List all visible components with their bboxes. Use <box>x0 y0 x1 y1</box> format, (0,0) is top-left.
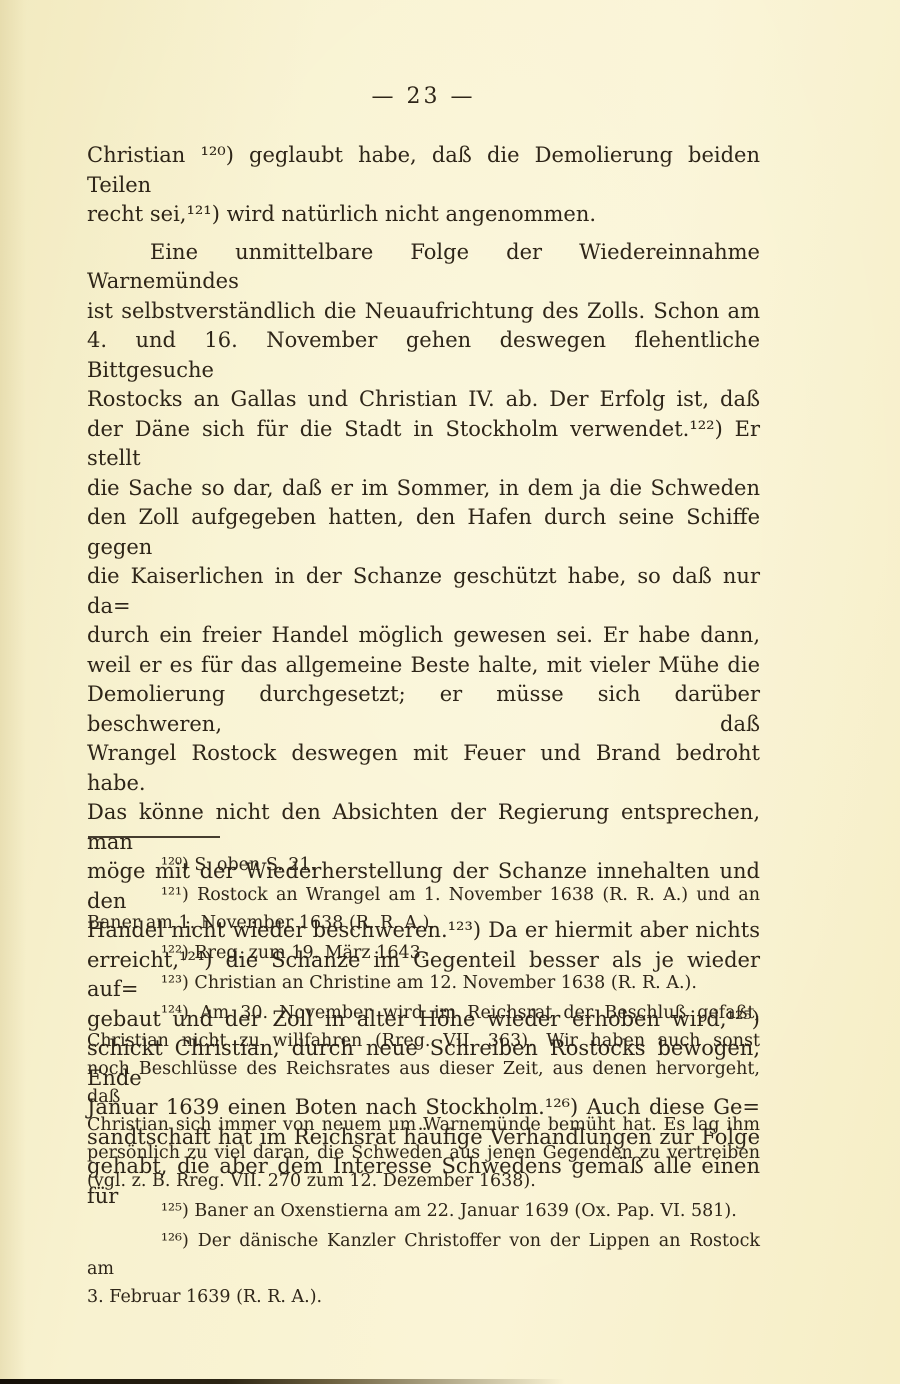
text-line: der Däne sich für die Stadt in Stockholm… <box>87 415 760 474</box>
text-line: ist selbstverständlich die Neuaufrichtun… <box>87 297 760 327</box>
text-line: Das könne nicht den Absichten der Regier… <box>87 798 760 857</box>
footnote-line: ¹²⁵) Baner an Oxenstierna am 22. Januar … <box>87 1197 760 1225</box>
footnote-line: ¹²⁶) Der dänische Kanzler Christoffer vo… <box>87 1227 760 1283</box>
footnote-line: Baner am 1. November 1638 (R. R. A.). <box>87 909 760 937</box>
text-line: Rostocks an Gallas und Christian IV. ab.… <box>87 385 760 415</box>
text-line: Wrangel Rostock deswegen mit Feuer und B… <box>87 739 760 798</box>
footnote-line: persönlich zu viel daran, die Schweden a… <box>87 1139 760 1167</box>
page-left-edge-tint <box>0 0 26 1384</box>
text-line: weil er es für das allgemeine Beste halt… <box>87 651 760 681</box>
footnote-line: ¹²⁴) Am 30. November wird im Reichsrat d… <box>87 999 760 1027</box>
book-page: — 23 — Christian ¹²⁰) geglaubt habe, daß… <box>0 0 900 1384</box>
text-line: Eine unmittelbare Folge der Wiedereinnah… <box>87 238 760 297</box>
text-line: Demolierung durchgesetzt; er müsse sich … <box>87 680 760 739</box>
footnote-line: 3. Februar 1639 (R. R. A.). <box>87 1283 760 1311</box>
footnote-line: Christian sich immer von neuem um Warnem… <box>87 1111 760 1139</box>
text-line: recht sei,¹²¹) wird natürlich nicht ange… <box>87 200 760 230</box>
footnote-line: ¹²¹) Rostock an Wrangel am 1. November 1… <box>87 881 760 909</box>
footnote-line: ¹²⁰) S. oben S. 21. <box>87 851 760 879</box>
footnote-line: Christian nicht zu willfahren (Rreg. VII… <box>87 1027 760 1055</box>
text-line: 4. und 16. November gehen deswegen flehe… <box>87 326 760 385</box>
text-line: die Sache so dar, daß er im Sommer, in d… <box>87 474 760 504</box>
page-number: — 23 — <box>87 84 760 109</box>
footnote-line: ¹²²) Rreg. zum 19. März 1643. <box>87 939 760 967</box>
page-edge-shadow <box>0 1379 565 1384</box>
text-line: die Kaiserlichen in der Schanze geschütz… <box>87 562 760 621</box>
text-line: den Zoll aufgegeben hatten, den Hafen du… <box>87 503 760 562</box>
footnote-line: (vgl. z. B. Rreg. VII. 270 zum 12. Dezem… <box>87 1167 760 1195</box>
footnote-line: ¹²³) Christian an Christine am 12. Novem… <box>87 969 760 997</box>
text-line: Christian ¹²⁰) geglaubt habe, daß die De… <box>87 141 760 200</box>
text-line: durch ein freier Handel möglich gewesen … <box>87 621 760 651</box>
footnote-line: noch Beschlüsse des Reichsrates aus dies… <box>87 1055 760 1111</box>
footnote-separator <box>88 836 220 838</box>
footnotes: ¹²⁰) S. oben S. 21. ¹²¹) Rostock an Wran… <box>87 851 760 1311</box>
